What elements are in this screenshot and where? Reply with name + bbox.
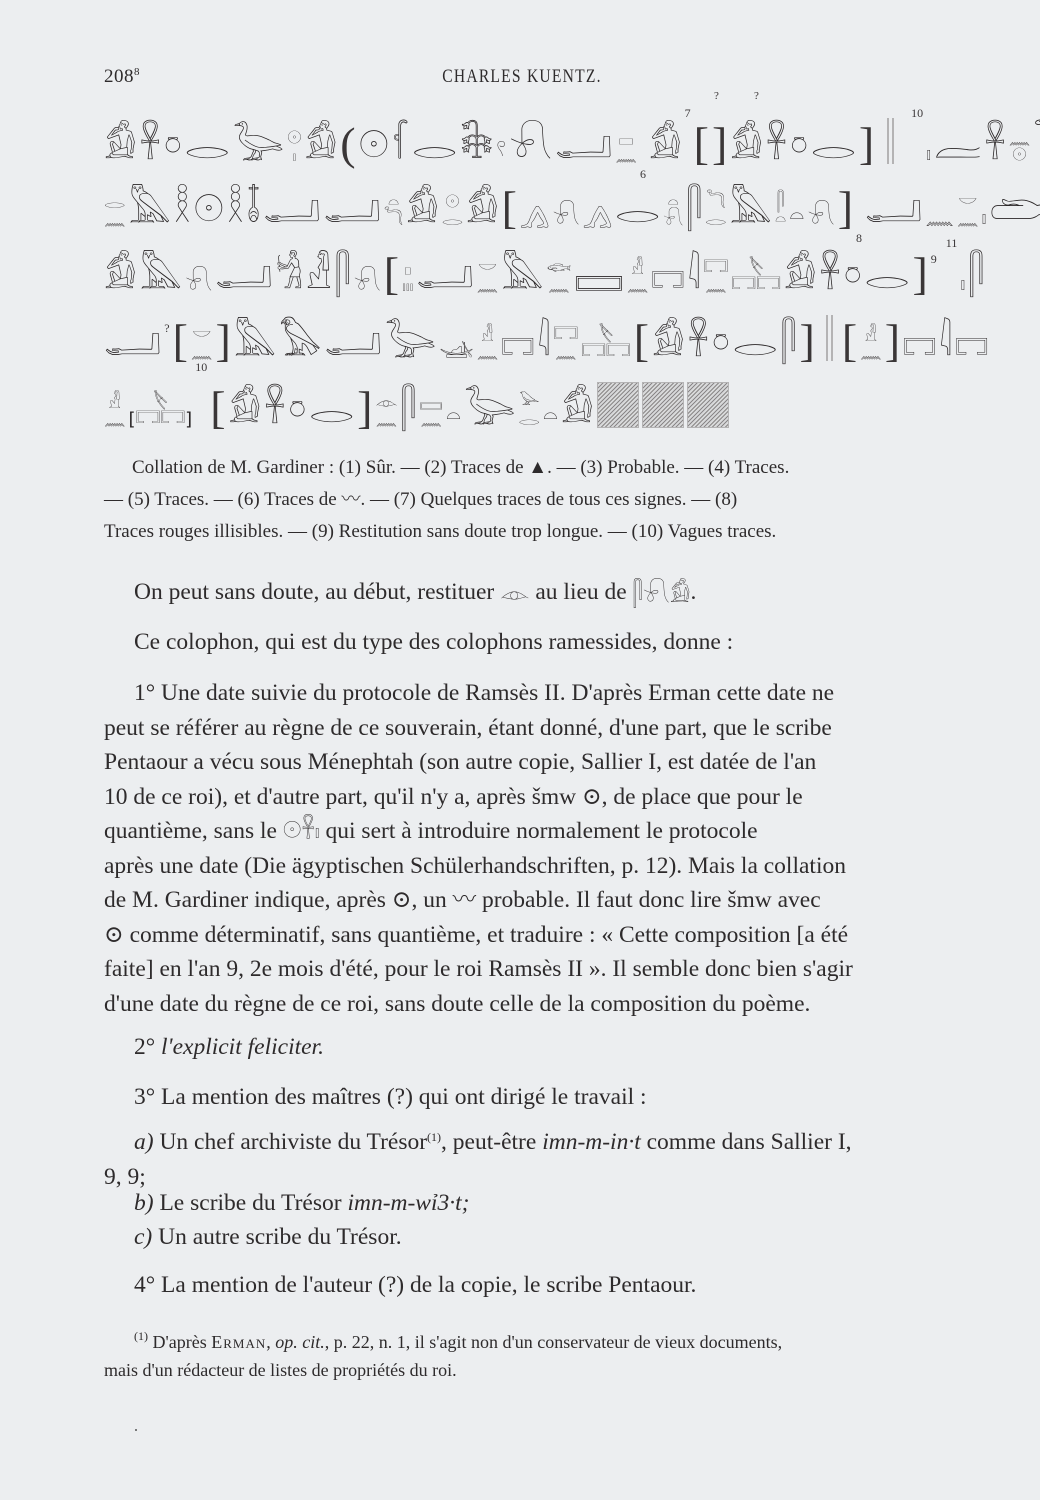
eye-hieroglyph-icon: 𓁹 [500, 580, 529, 608]
hieroglyph-stack: 𓈙𓈖 [419, 378, 443, 428]
text: La mention des maîtres (?) qui ont dirig… [161, 1084, 647, 1110]
caption-line: Collation de M. Gardiner : (1) Sûr. — (2… [104, 452, 940, 484]
hieroglyph: 𓆓 [1033, 114, 1040, 164]
hieroglyph: 𓊛 [439, 311, 473, 361]
hieroglyph: 𓇋 [537, 311, 550, 361]
lacuna-box [642, 382, 684, 428]
text: mais d'un rédacteur de listes de proprié… [104, 1356, 940, 1384]
lacuna-box [687, 382, 729, 428]
footnote-marker: 10 [911, 106, 923, 121]
bracket-close: ] [859, 114, 874, 164]
hieroglyph: 𓂝 [865, 178, 922, 228]
hieroglyph: 𓅓 [501, 244, 543, 294]
hieroglyph: 𓏌 [844, 244, 862, 294]
bracket-close: ] [838, 178, 853, 228]
author-name: Erman [211, 1332, 266, 1352]
text: l'explicit feliciter. [161, 1034, 324, 1060]
paragraph-point-2: 2° l'explicit feliciter. [104, 1030, 940, 1065]
transliteration: imn-m-in·t [542, 1129, 641, 1155]
hieroglyph: 𓍯 [354, 244, 381, 294]
hieroglyph: 𓄤 [247, 178, 261, 228]
paper-speck [135, 1429, 137, 1431]
hieroglyph: 𓍯 [553, 178, 580, 228]
hieroglyph-stack: 𓆓𓂋 [705, 178, 726, 228]
footnote-ref[interactable]: (1) [427, 1130, 441, 1144]
text-line: d'une date du règne de ce roi, sans dout… [104, 987, 940, 1022]
footnote-marker: 10 [195, 360, 207, 375]
hieroglyph: 𓂝 [416, 244, 473, 294]
hieroglyph-stack: 𓁐𓈖 [477, 311, 499, 361]
hieroglyph: 𓉐 [651, 244, 684, 294]
paragraph-item-c: c) Un autre scribe du Trésor. [104, 1220, 940, 1255]
hieroglyph-stack: 𓁐𓈖 [860, 311, 882, 361]
hieroglyph: 𓀁 [406, 178, 439, 228]
hieroglyph-stack: 𓊪𓏤𓏤𓏤 [402, 244, 413, 294]
hieroglyph: 𓏏 [446, 378, 461, 428]
hieroglyph: 𓏌 [288, 378, 306, 428]
hieroglyph-stack: 𓌸[𓉐𓉐] [129, 378, 193, 428]
hieroglyph-stack: 𓌸𓉐𓉐 [581, 311, 631, 361]
hieroglyph: 𓉐 [903, 311, 936, 361]
hieroglyph-row-2: 𓂋𓈖 𓅓 𓎛 𓇳 𓎛 𓄤 𓂝 𓂝 𓏏𓆓 𓀁 𓇳𓂋 𓀁 [ 𓂻 𓍯 𓂻 𓂋 𓏏𓍯 … [104, 172, 940, 228]
paragraph-colophon-intro: Ce colophon, qui est du type des colopho… [104, 625, 940, 660]
hieroglyph: 𓇗 [460, 114, 493, 164]
bracket-close: ] [215, 311, 230, 361]
hieroglyph: 𓍯 [185, 244, 212, 294]
hieroglyph: 𓂻 [520, 178, 550, 228]
hieroglyph-stack: 𓎟𓈖 [957, 178, 979, 228]
hieroglyph-stack: 𓇳𓏤 [287, 114, 301, 164]
hieroglyph: 𓋹 [264, 378, 285, 428]
hieroglyph: 𓋴 [400, 378, 416, 428]
paragraph-point-1: 1° Une date suivie du protocole de Ramsè… [104, 676, 940, 1021]
hieroglyph: 𓋹 [140, 114, 161, 164]
hieroglyph-stack: 𓂋𓈖 [104, 178, 126, 228]
hieroglyph: 𓎛 [227, 178, 244, 228]
hieroglyph: 𓁐 [306, 244, 332, 294]
footnote-marker: 9 [931, 252, 937, 267]
text: On peut sans doute, au début, restituer [134, 579, 494, 605]
footnote-marker: ? [164, 321, 169, 336]
bracket-open: [ [210, 378, 225, 428]
text-line: quantième, sans le 𓇳𓋹𓏤 qui sert à introd… [104, 814, 940, 849]
hieroglyph: 𓅬 [233, 114, 285, 164]
caption-line: — (5) Traces. — (6) Traces de 〰. — (7) Q… [104, 484, 940, 516]
text-line: peut se référer au règne de ce souverain… [104, 711, 940, 746]
hieroglyph-stack: 𓏏𓍯 [663, 178, 683, 228]
hieroglyph: 𓏤 [960, 244, 965, 294]
hieroglyph: 𓇳 [359, 114, 389, 164]
hieroglyph-stack: 𓆟𓈖 [547, 244, 572, 294]
page-number: 2088 [104, 66, 140, 88]
hieroglyph-stack: 𓊌𓈖 [615, 114, 637, 164]
running-head: CHARLES KUENTZ. [179, 66, 865, 88]
hieroglyph: 𓍢 [496, 114, 506, 164]
paragraph-restitution: On peut sans doute, au début, restituer … [104, 575, 940, 612]
bracket-close: ] [357, 378, 372, 428]
hieroglyph: 𓏌 [164, 114, 182, 164]
paragraph-item-b: b) Le scribe du Trésor imn-m-wỉ3·t; [104, 1186, 940, 1221]
hieroglyph: 𓋹 [820, 244, 841, 294]
footnote-marker: 7 [685, 106, 691, 121]
hieroglyph: 𓂧 [990, 178, 1040, 228]
hieroglyph-stack: 𓏏𓆓 [384, 178, 403, 228]
hieroglyph-row-3: 𓀁 𓅓 𓍯 𓂝 𓀜 𓁐 𓋴 𓍯 [ 𓊪𓏤𓏤𓏤 𓂝 𓎟𓈖 𓅓 𓆟𓈖 𓈙 𓁐𓈖 𓉐 … [104, 238, 940, 294]
hieroglyph: 𓋴 [781, 311, 797, 361]
hieroglyph: 𓋴 [335, 244, 351, 294]
hieroglyph: 𓂝 [325, 311, 382, 361]
hieroglyph: 𓏌 [790, 114, 808, 164]
item-label: a) [134, 1129, 154, 1155]
transliteration: imn-m-wỉ3·t; [347, 1190, 469, 1216]
hieroglyph-stack: 𓅪𓂋 [519, 378, 540, 428]
text: Le scribe du Trésor [159, 1190, 341, 1216]
hieroglyph: 𓀁 [229, 378, 262, 428]
hieroglyph: 𓅬 [464, 378, 516, 428]
text-line: faite] en l'an 9, 2e mois d'été, pour le… [104, 952, 940, 987]
bracket-open: [ [384, 244, 399, 294]
hieroglyph-stack: 𓁐𓈖 [104, 378, 126, 428]
hieroglyph: 𓋹 [985, 114, 1006, 164]
page-header: 2088 CHARLES KUENTZ. [104, 66, 940, 94]
hieroglyph: 𓏤 [982, 178, 987, 228]
hieroglyph: 𓅃 [279, 311, 321, 361]
text-line: ⊙ comme déterminatif, sans quantième, et… [104, 918, 940, 953]
bracket-close: ] [912, 244, 927, 294]
text: D'après [153, 1332, 207, 1352]
hieroglyph: 𓂋 [865, 244, 910, 294]
hieroglyph: 𓐛 [934, 114, 981, 164]
hieroglyph: 𓂋 [733, 311, 778, 361]
text-line: après une date (Die ägyptischen Schülerh… [104, 849, 940, 884]
hieroglyph: 𓂝 [215, 244, 272, 294]
bracket-close: ] [885, 311, 900, 361]
bracket-close: ] [800, 311, 815, 361]
text: Un chef archiviste du Trésor [159, 1129, 427, 1155]
hieroglyph: 𓍯 [808, 178, 835, 228]
hieroglyph-stack: 𓉐𓈖 [703, 244, 728, 294]
text: La mention de l'auteur (?) de la copie, … [161, 1272, 696, 1298]
hieroglyph: 𓏤 [926, 114, 931, 164]
item-number: 4° [134, 1272, 155, 1298]
hieroglyph-stack: 𓁹𓈖 [375, 378, 397, 428]
bracket-close: ] [712, 114, 727, 164]
paren-open: ( [340, 114, 355, 164]
footnote-marker: 11 [946, 236, 958, 251]
text: , p. 22, n. 1, il s'agit non d'un conser… [325, 1332, 782, 1352]
hieroglyph-group-icon: 𓋴𓍯𓀁 [633, 580, 691, 608]
item-label: c) [134, 1224, 152, 1250]
document-page: 2088 CHARLES KUENTZ. 𓀁 𓋹 𓏌 𓂋 𓅬 𓇳𓏤 𓀁 ( 𓇳 … [0, 0, 1040, 1500]
uncertain-mark: ? [754, 90, 759, 102]
lacuna-box [887, 118, 889, 164]
hieroglyph: 𓅓 [140, 244, 182, 294]
hieroglyph: 𓂝 [263, 178, 320, 228]
hieroglyph: 𓎛 [174, 178, 191, 228]
hieroglyph: 𓋴 [968, 244, 984, 294]
hieroglyph: 𓇳 [194, 178, 224, 228]
hieroglyph: 𓉐 [501, 311, 534, 361]
hieroglyph-row-4: 𓂝 ? [ 𓎟𓈖 ] 𓅓 𓅃 𓂝 𓅬 𓊛 𓁐𓈖 𓉐 𓇋 𓉐𓈖 𓌸𓉐𓉐 [ 𓀁 𓋹… [104, 305, 940, 361]
hieroglyph: 𓇋 [939, 311, 952, 361]
hieroglyph-row-1: 𓀁 𓋹 𓏌 𓂋 𓅬 𓇳𓏤 𓀁 ( 𓇳 𓆳 𓂋 𓇗 𓍢 𓍯 𓂝 𓊌𓈖 6 𓀁 7 … [104, 108, 940, 164]
hieroglyph: 𓂋 [185, 114, 230, 164]
text: Un autre scribe du Trésor. [158, 1224, 401, 1250]
hieroglyph-stack: 𓉐𓈖 [553, 311, 578, 361]
hieroglyph: 𓏏 [789, 178, 804, 228]
text-line: 1° Une date suivie du protocole de Ramsè… [104, 676, 940, 711]
hieroglyph: 𓇋 [687, 244, 700, 294]
hieroglyph: 𓀁 [561, 378, 594, 428]
bracket-open: [ [842, 311, 857, 361]
hieroglyph: 𓈙 [574, 244, 624, 294]
citation: op. cit. [275, 1332, 325, 1352]
text-line: Pentaour a vécu sous Ménephtah (son autr… [104, 745, 940, 780]
hieroglyph: 𓋴 [686, 178, 702, 228]
uncertain-mark: ? [714, 90, 719, 102]
lacuna-box [831, 315, 833, 361]
hieroglyph-stack: 𓎟𓈖 [191, 311, 213, 361]
bracket-open: [ [502, 178, 517, 228]
lacuna-box [892, 118, 894, 164]
hieroglyph: 𓀁 [730, 114, 763, 164]
collation-notes: Collation de M. Gardiner : (1) Sûr. — (2… [104, 452, 940, 548]
hieroglyph: 𓆳 [392, 114, 409, 164]
hieroglyph: 𓈖 [925, 178, 954, 228]
text: Ce colophon, qui est du type des colopho… [104, 625, 940, 660]
hieroglyph: 𓀁 [104, 114, 137, 164]
hieroglyph: 𓉐 [955, 311, 988, 361]
hieroglyph: 𓅬 [385, 311, 437, 361]
hieroglyph: 𓂻 [583, 178, 613, 228]
hieroglyph: 𓂋 [412, 114, 457, 164]
hieroglyph: 𓂋 [615, 178, 660, 228]
item-number: 3° [134, 1084, 155, 1110]
hieroglyph: 𓅓 [129, 178, 171, 228]
hieroglyph: 𓏌 [712, 311, 730, 361]
hieroglyph: 𓀜 [276, 244, 303, 294]
hieroglyph: 𓂋 [811, 114, 856, 164]
hieroglyph: 𓂋 [309, 378, 354, 428]
caption-line: Traces rouges illisibles. — (9) Restitut… [104, 516, 940, 548]
hieroglyph-stack: 𓋴𓏏 [775, 178, 786, 228]
hieroglyph: 𓍯 [509, 114, 552, 164]
hieroglyph: 𓋹 [766, 114, 787, 164]
lacuna-box [826, 315, 828, 361]
hieroglyph: 𓅓 [729, 178, 771, 228]
hieroglyph: 𓀁 [305, 114, 338, 164]
footnote: (1) D'après Erman, op. cit., p. 22, n. 1… [104, 1322, 940, 1384]
bracket-open: [ [694, 114, 709, 164]
hieroglyph: 𓀁 [649, 114, 682, 164]
item-label: b) [134, 1190, 154, 1216]
hieroglyph: 𓋹 [688, 311, 709, 361]
text: , peut-être [441, 1129, 536, 1155]
paragraph-item-a: a) Un chef archiviste du Trésor(1), peut… [104, 1120, 940, 1194]
hieroglyph: 𓏏 [543, 378, 558, 428]
item-number: 2° [134, 1034, 155, 1060]
bracket-open: [ [634, 311, 649, 361]
bracket-open: [ [173, 311, 188, 361]
footnote-marker: (1) [134, 1329, 148, 1343]
hieroglyph: 𓀁 [466, 178, 499, 228]
hieroglyph: 𓂝 [324, 178, 381, 228]
hieroglyph: 𓀁 [652, 311, 685, 361]
text: . [690, 579, 696, 605]
hieroglyph-stack: 𓇳𓂋 [442, 178, 463, 228]
hieroglyph-row-5: 𓁐𓈖 𓌸[𓉐𓉐] 10 [ 𓀁 𓋹 𓏌 𓂋 ] 𓁹𓈖 𓋴 𓈙𓈖 𓏏 𓅬 𓅪𓂋 𓏏… [104, 372, 940, 428]
hieroglyph-stack: 𓁐𓈖 [627, 244, 649, 294]
hieroglyph: 𓀁 [784, 244, 817, 294]
hieroglyph: 𓂝 [555, 114, 612, 164]
hieroglyph: 𓅓 [234, 311, 276, 361]
text-line: 10 de ce roi), et d'autre part, qu'il n'… [104, 780, 940, 815]
hieroglyph-stack: 𓎟𓈖 [477, 244, 499, 294]
hieroglyph: 𓂝 [104, 311, 161, 361]
hieroglyph-stack: 𓌸𓉐𓉐 [731, 244, 781, 294]
text: au lieu de [535, 579, 626, 605]
paragraph-point-4: 4° La mention de l'auteur (?) de la copi… [104, 1268, 940, 1303]
text: comme dans Sallier I, [647, 1129, 852, 1155]
hieroglyph: 𓀁 [104, 244, 137, 294]
text-line: de M. Gardiner indique, après ⊙, un 〰 pr… [104, 883, 940, 918]
paragraph-point-3: 3° La mention des maîtres (?) qui ont di… [104, 1080, 940, 1115]
hieroglyph-stack: 𓈖𓇳 [1009, 114, 1031, 164]
lacuna-box [597, 382, 639, 428]
